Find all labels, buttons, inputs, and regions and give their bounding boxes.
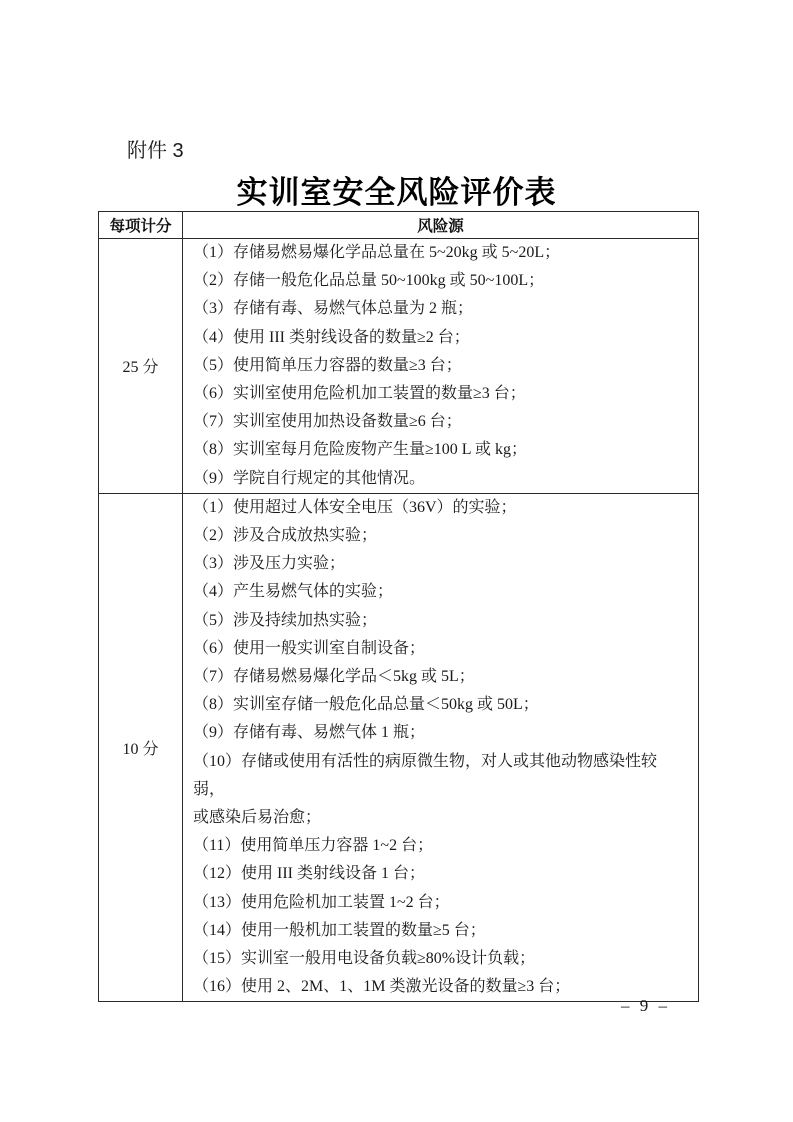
- risk-source-column-header: 风险源: [183, 212, 698, 238]
- risk-item: （9）学院自行规定的其他情况。: [193, 465, 688, 493]
- table-header-row: 每项计分 风险源: [99, 212, 698, 238]
- risk-item: （11）使用简单压力容器 1~2 台；: [193, 832, 688, 860]
- risk-item: （3）存储有毒、易燃气体总量为 2 瓶；: [193, 295, 688, 323]
- risk-item: （13）使用危险机加工装置 1~2 台；: [193, 889, 688, 917]
- risk-item: （8）实训室存储一般危化品总量＜50kg 或 50L；: [193, 691, 688, 719]
- risk-item: （7）实训室使用加热设备数量≥6 台；: [193, 408, 688, 436]
- table-section-25: 25 分 （1）存储易燃易爆化学品总量在 5~20kg 或 5~20L； （2）…: [99, 238, 698, 493]
- risk-item: （4）使用 III 类射线设备的数量≥2 台；: [193, 324, 688, 352]
- risk-item: （3）涉及压力实验；: [193, 550, 688, 578]
- risk-item: （6）实训室使用危险机加工装置的数量≥3 台；: [193, 380, 688, 408]
- risk-item: （2）涉及合成放热实验；: [193, 522, 688, 550]
- score-column-header: 每项计分: [99, 212, 183, 238]
- risk-item: （7）存储易燃易爆化学品＜5kg 或 5L；: [193, 663, 688, 691]
- attachment-label: 附件 3: [127, 139, 184, 163]
- section-score: 25 分: [99, 239, 183, 493]
- risk-item: （4）产生易燃气体的实验；: [193, 578, 688, 606]
- risk-evaluation-table: 每项计分 风险源 25 分 （1）存储易燃易爆化学品总量在 5~20kg 或 5…: [98, 211, 699, 1002]
- page-number: – 9 –: [621, 996, 670, 1016]
- risk-item: （5）使用简单压力容器的数量≥3 台；: [193, 352, 688, 380]
- page-title: 实训室安全风险评价表: [0, 167, 793, 212]
- risk-item: （14）使用一般机加工装置的数量≥5 台；: [193, 917, 688, 945]
- risk-items-cell: （1）使用超过人体安全电压（36V）的实验； （2）涉及合成放热实验； （3）涉…: [183, 494, 698, 1002]
- document-page: 附件 3 实训室安全风险评价表 每项计分 风险源 25 分 （1）存储易燃易爆化…: [0, 0, 793, 1122]
- risk-item: （1）使用超过人体安全电压（36V）的实验；: [193, 494, 688, 522]
- risk-item: （15）实训室一般用电设备负载≥80%设计负载；: [193, 945, 688, 973]
- risk-items-cell: （1）存储易燃易爆化学品总量在 5~20kg 或 5~20L； （2）存储一般危…: [183, 239, 698, 493]
- risk-item: （5）涉及持续加热实验；: [193, 607, 688, 635]
- risk-item: （1）存储易燃易爆化学品总量在 5~20kg 或 5~20L；: [193, 239, 688, 267]
- section-score: 10 分: [99, 494, 183, 1002]
- risk-item: （2）存储一般危化品总量 50~100kg 或 50~100L；: [193, 267, 688, 295]
- risk-item: （9）存储有毒、易燃气体 1 瓶；: [193, 719, 688, 747]
- risk-item: （16）使用 2、2M、1、1M 类激光设备的数量≥3 台；: [193, 973, 688, 1001]
- risk-item: （10）存储或使用有活性的病原微生物，对人或其他动物感染性较弱， 或感染后易治愈…: [193, 748, 688, 833]
- risk-item: （12）使用 III 类射线设备 1 台；: [193, 860, 688, 888]
- risk-item: （8）实训室每月危险废物产生量≥100 L 或 kg；: [193, 436, 688, 464]
- table-section-10: 10 分 （1）使用超过人体安全电压（36V）的实验； （2）涉及合成放热实验；…: [99, 493, 698, 1002]
- risk-item: （6）使用一般实训室自制设备；: [193, 635, 688, 663]
